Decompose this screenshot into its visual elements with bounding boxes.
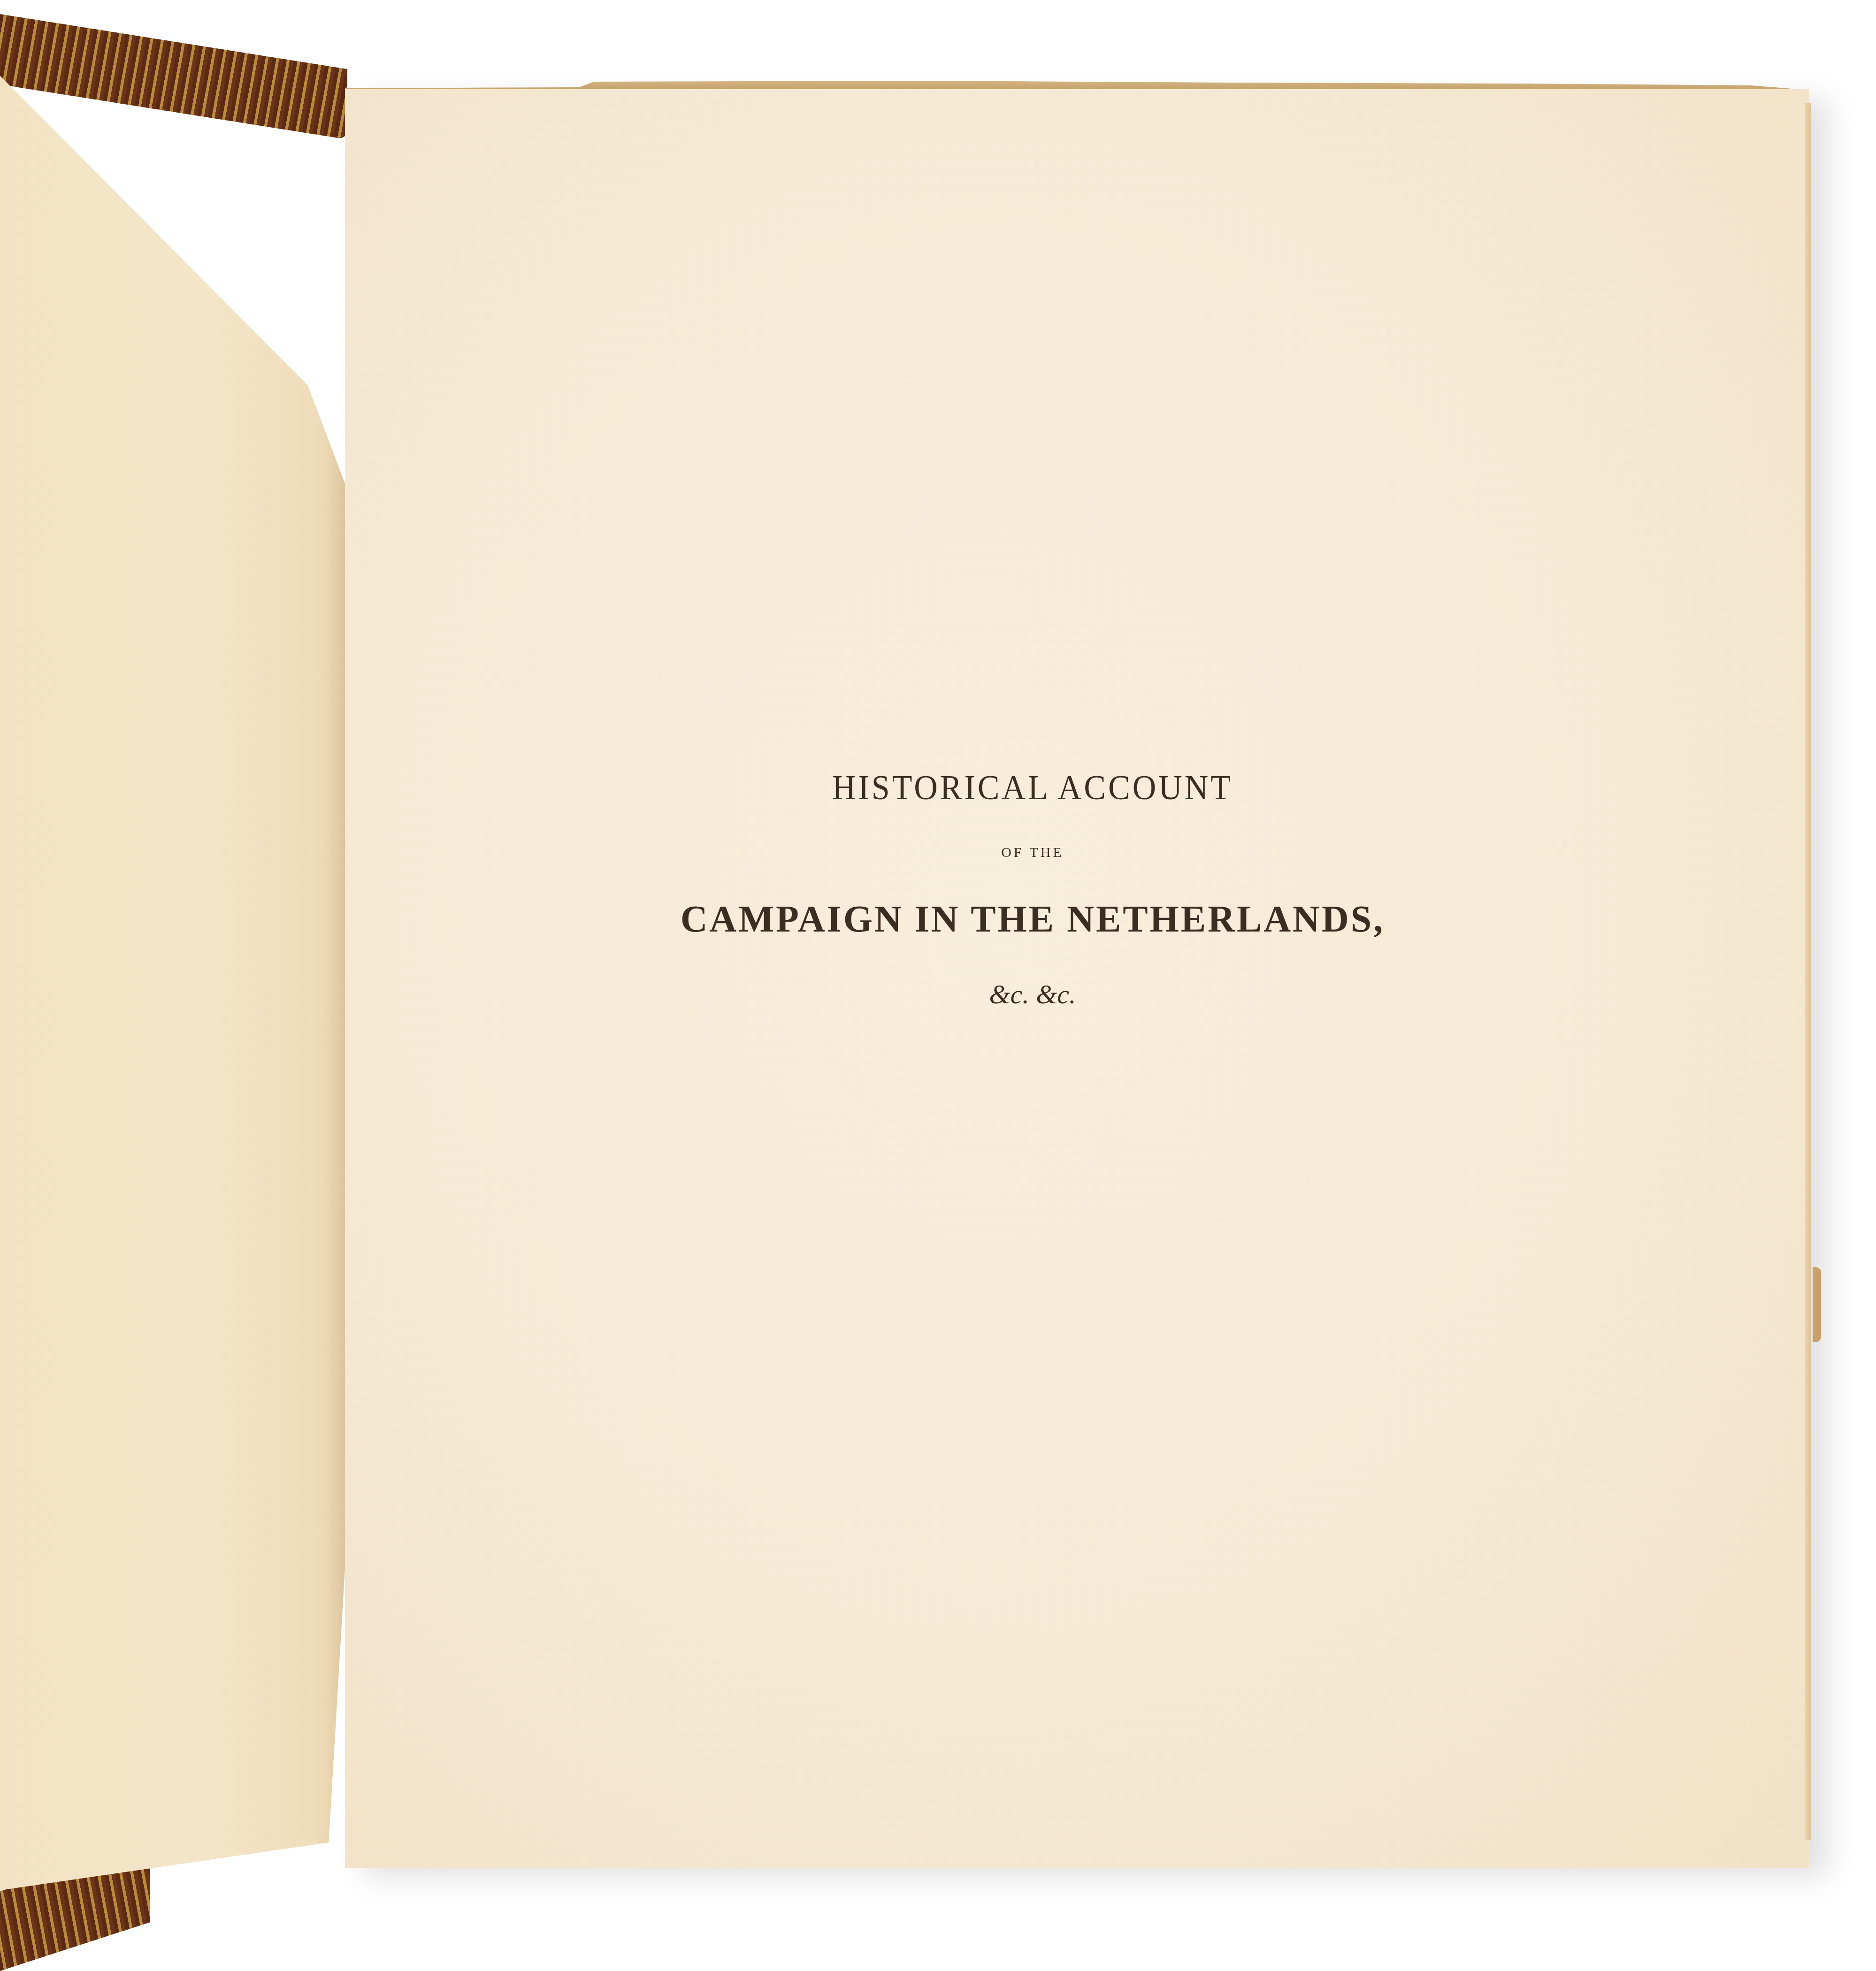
title-line-campaign: CAMPAIGN IN THE NETHERLANDS, [610, 898, 1455, 941]
title-line-historical-account: HISTORICAL ACCOUNT [610, 769, 1455, 808]
title-line-etc: &c. &c. [610, 978, 1455, 1010]
title-block: HISTORICAL ACCOUNT OF THE CAMPAIGN IN TH… [610, 770, 1455, 1010]
right-page-fore-edge [1805, 103, 1811, 1840]
open-book-photo: HISTORICAL ACCOUNT OF THE CAMPAIGN IN TH… [0, 0, 1876, 1971]
fore-edge-tear [1813, 1267, 1821, 1342]
left-blank-page [0, 38, 350, 1948]
title-line-of-the: OF THE [610, 845, 1455, 861]
leather-board-top-edge [0, 14, 347, 139]
